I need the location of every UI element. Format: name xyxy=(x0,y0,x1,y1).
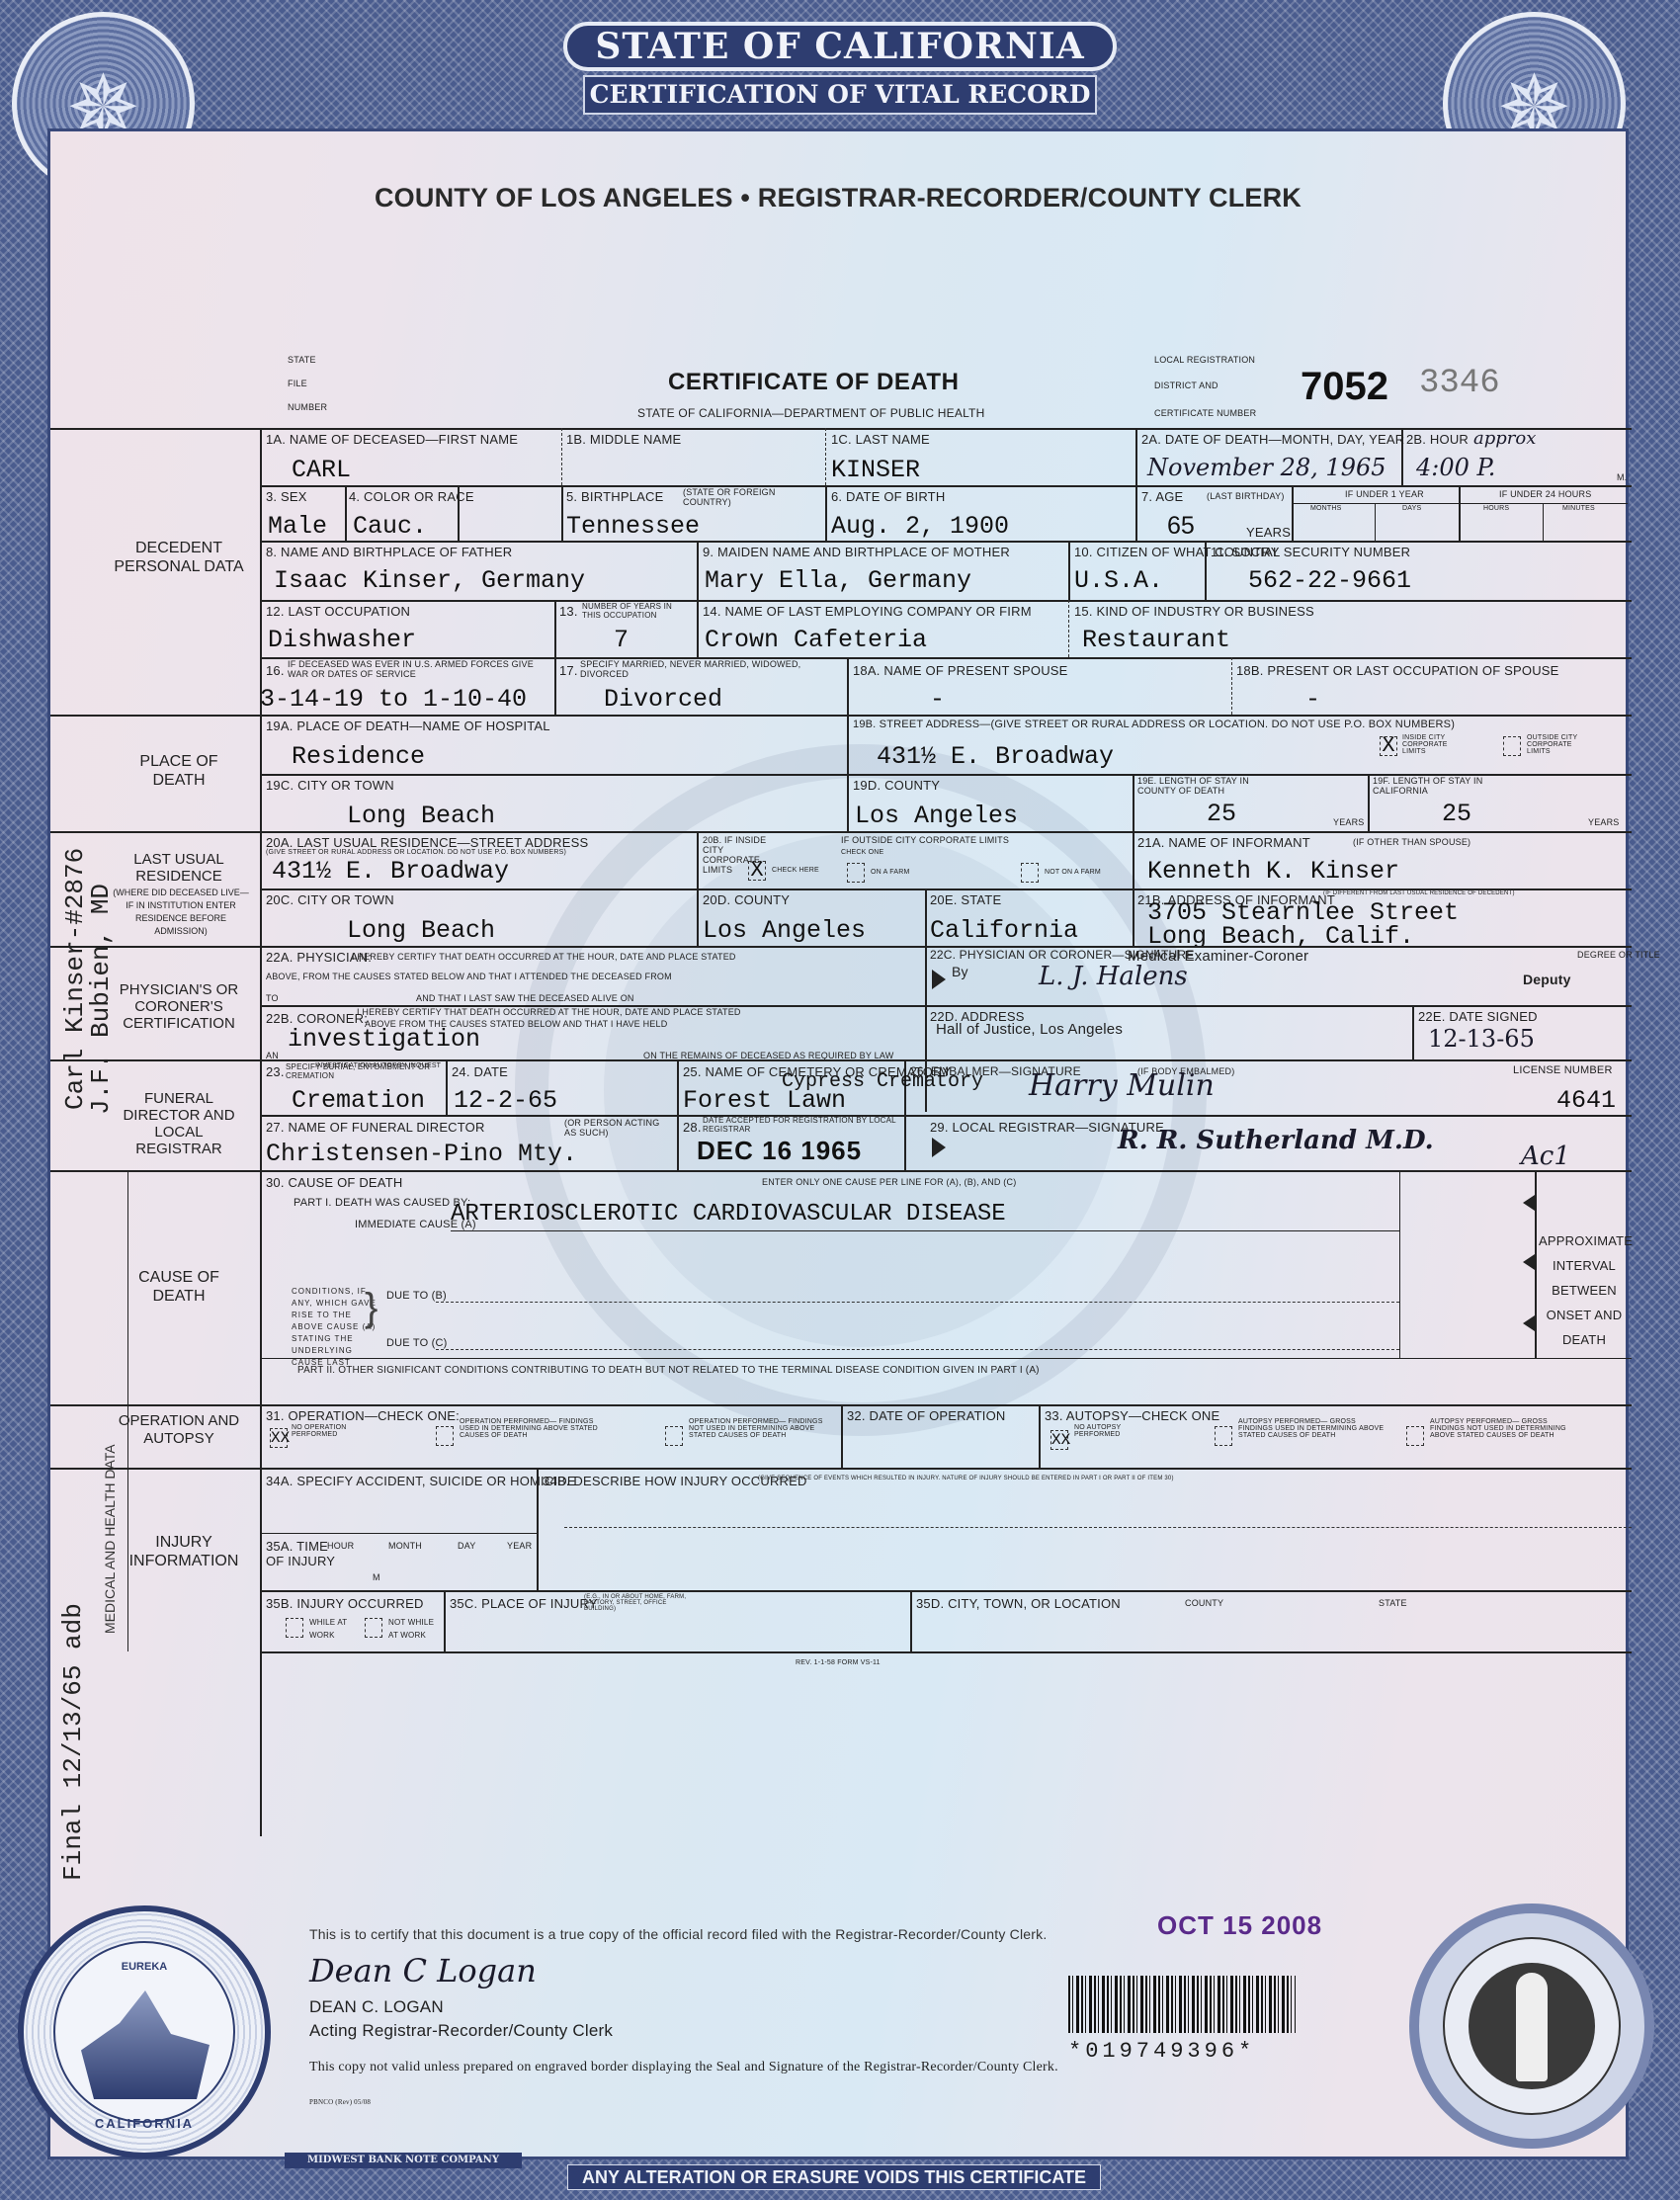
date-of-death-value: November 28, 1965 xyxy=(1147,454,1386,481)
field-label: 28. xyxy=(683,1120,702,1135)
not-while-at-work-checkbox[interactable] xyxy=(365,1618,382,1638)
arrow-marker-icon xyxy=(1523,1315,1535,1331)
certificate-number: 3346 xyxy=(1419,365,1500,402)
registrar-signature: R. R. Sutherland M.D. xyxy=(1118,1126,1434,1155)
outside-city-checkbox[interactable] xyxy=(1503,736,1521,756)
field-label: 7. AGE xyxy=(1141,489,1183,504)
while-at-work-checkbox[interactable] xyxy=(286,1618,303,1638)
field-label: 22b. CORONER: xyxy=(266,1011,368,1026)
years-unit: YEARS xyxy=(1333,817,1365,827)
place-of-death-value: Residence xyxy=(292,742,425,771)
field-label: 4. COLOR OR RACE xyxy=(349,489,474,504)
autopsy-findings-used-checkbox[interactable] xyxy=(1215,1426,1232,1446)
years-occupation-value: 7 xyxy=(614,626,629,654)
checkbox-label: WHILE AT WORK xyxy=(309,1616,359,1642)
state-file-label: NUMBER xyxy=(288,402,327,412)
stay-california-value: 25 xyxy=(1442,800,1471,828)
field-label: 6. DATE OF BIRTH xyxy=(831,489,945,504)
employer-value: Crown Cafeteria xyxy=(705,626,927,654)
field-label: 19a. PLACE OF DEATH—NAME OF HOSPITAL xyxy=(266,719,550,733)
crematory-value: Cypress Crematory xyxy=(782,1070,983,1093)
field-label: 30. CAUSE OF DEATH xyxy=(266,1175,402,1190)
father-value: Isaac Kinser, Germany xyxy=(274,566,585,595)
section-injury: INJURY INFORMATION xyxy=(120,1533,248,1570)
local-registration-label: CERTIFICATE NUMBER xyxy=(1154,408,1256,418)
hour-note: approx xyxy=(1473,428,1536,449)
residence-county-value: Los Angeles xyxy=(703,916,866,945)
death-certificate-form: STATE FILE NUMBER CERTIFICATE OF DEATH S… xyxy=(50,131,1632,2162)
industry-value: Restaurant xyxy=(1082,626,1230,654)
hour-value: 4:00 P. xyxy=(1416,454,1495,481)
field-label: 20d. COUNTY xyxy=(703,892,790,907)
months-label: MONTHS xyxy=(1310,505,1342,512)
seal-figure-icon xyxy=(1516,1973,1548,2081)
certification-banner: CERTIFICATION OF VITAL RECORD xyxy=(583,75,1097,115)
section-cause: CAUSE OF DEATH xyxy=(120,1268,238,1306)
local-registration-label: DISTRICT AND xyxy=(1154,381,1218,390)
not-on-farm-checkbox[interactable] xyxy=(1021,863,1039,883)
field-sublabel: M xyxy=(373,1572,380,1582)
occupation-value: Dishwasher xyxy=(268,626,416,654)
field-sublabel: (GIVE STREET OR RURAL ADDRESS OR LOCATIO… xyxy=(266,849,566,856)
certify-text: This is to certify that this document is… xyxy=(309,1926,1047,1942)
arrow-marker-icon xyxy=(932,970,946,989)
registrar-signature-footer: Dean C Logan xyxy=(309,1952,537,1989)
days-label: DAYS xyxy=(1402,505,1421,512)
checkbox-label: OUTSIDE CITY CORPORATE LIMITS xyxy=(1527,734,1586,755)
field-sublabel: MONTH xyxy=(388,1541,422,1551)
residence-city-value: Long Beach xyxy=(347,916,495,945)
age-value: 65 xyxy=(1167,512,1195,541)
spouse-value: - xyxy=(930,685,945,714)
no-autopsy-checkbox[interactable]: XX xyxy=(1050,1430,1068,1450)
field-text: ABOVE, FROM THE CAUSES STATED BELOW AND … xyxy=(266,972,672,981)
field-label: 20c. CITY OR TOWN xyxy=(266,892,394,907)
form-code: PBNCO (Rev) 05/08 xyxy=(309,2098,371,2106)
funeral-director-value: Christensen-Pino Mty. xyxy=(266,1140,577,1168)
field-text: PART II. OTHER SIGNIFICANT CONDITIONS CO… xyxy=(297,1365,1040,1376)
last-name-value: KINSER xyxy=(831,456,920,484)
coroner-signature: L. J. Halens xyxy=(1039,962,1188,991)
ssn-value: 562-22-9661 xyxy=(1248,566,1411,595)
field-sublabel: IF DECEASED WAS EVER IN U.S. ARMED FORCE… xyxy=(288,659,545,679)
field-sublabel: STATE xyxy=(1379,1598,1407,1608)
field-label: 18b. PRESENT OR LAST OCCUPATION OF SPOUS… xyxy=(1236,663,1559,678)
field-label: 22e. DATE SIGNED xyxy=(1418,1009,1538,1024)
field-label: 16. xyxy=(266,663,285,678)
field-label: 27. NAME OF FUNERAL DIRECTOR xyxy=(266,1120,485,1135)
section-last-residence: LAST USUAL RESIDENCE xyxy=(110,851,248,885)
field-label: 31. OPERATION—CHECK ONE: xyxy=(266,1408,460,1423)
field-sublabel: (STATE OR FOREIGN COUNTRY) xyxy=(683,487,801,507)
field-label: 11. SOCIAL SECURITY NUMBER xyxy=(1211,545,1410,559)
field-label: 1c. LAST NAME xyxy=(831,432,930,447)
barcode xyxy=(1068,1976,1296,2033)
field-text: By xyxy=(952,964,968,979)
field-sublabel: DATE ACCEPTED FOR REGISTRATION BY LOCAL … xyxy=(703,1116,900,1134)
field-sublabel: HOUR xyxy=(327,1541,354,1551)
state-file-label: STATE xyxy=(288,355,316,365)
arrow-marker-icon xyxy=(1523,1195,1535,1211)
field-label: 2b. HOUR xyxy=(1406,432,1469,447)
checkbox-label: NO OPERATION PERFORMED xyxy=(292,1424,351,1438)
certificate-title: CERTIFICATE OF DEATH xyxy=(668,369,959,396)
sex-value: Male xyxy=(268,512,327,541)
field-label: 20b. IF INSIDE CITY CORPORATE LIMITS xyxy=(703,835,782,875)
autopsy-findings-not-used-checkbox[interactable] xyxy=(1406,1426,1424,1446)
field-label: IF UNDER 1 YEAR xyxy=(1345,489,1424,499)
checkbox-label: CHECK HERE xyxy=(772,867,819,874)
field-sublabel: CHECK ONE xyxy=(841,849,883,856)
form-revision: REV. 1-1-58 FORM VS-11 xyxy=(796,1659,881,1666)
section-last-residence-note: (WHERE DID DECEASED LIVE—IF IN INSTITUTI… xyxy=(112,887,250,938)
county-registrar-seal xyxy=(1409,1904,1654,2149)
field-sublabel: (LAST BIRTHDAY) xyxy=(1207,491,1285,501)
signer-title: Acting Registrar-Recorder/County Clerk xyxy=(309,2021,613,2041)
field-sublabel: (IF DIFFERENT FROM LAST USUAL RESIDENCE … xyxy=(1323,890,1515,896)
date-of-birth-value: Aug. 2, 1900 xyxy=(831,512,1009,541)
checkbox-label: AUTOPSY PERFORMED— GROSS FINDINGS NOT US… xyxy=(1430,1418,1578,1439)
license-number-value: 4641 xyxy=(1556,1086,1616,1115)
field-text: I HEREBY CERTIFY THAT DEATH OCCURRED AT … xyxy=(352,952,736,962)
embalmer-signature: Harry Mulin xyxy=(1029,1068,1215,1103)
field-label: 14. NAME OF LAST EMPLOYING COMPANY OR FI… xyxy=(703,604,1032,619)
checkbox-label: ON A FARM xyxy=(871,869,910,876)
field-label: 32. DATE OF OPERATION xyxy=(847,1408,1005,1423)
armed-forces-value: 3-14-19 to 1-10-40 xyxy=(260,685,527,714)
death-city-value: Long Beach xyxy=(347,802,495,830)
field-text: TO xyxy=(266,993,279,1003)
field-label: LICENSE NUMBER xyxy=(1513,1064,1613,1076)
field-label: 33. AUTOPSY—CHECK ONE xyxy=(1045,1408,1219,1423)
field-label: 17. xyxy=(559,663,578,678)
no-operation-checkbox[interactable]: XX xyxy=(270,1428,288,1448)
margin-note-final: Final 12/13/65 adb xyxy=(58,1603,88,1881)
date-signed-value: 12-13-65 xyxy=(1428,1025,1535,1053)
minutes-label: MINUTES xyxy=(1562,505,1595,512)
stay-county-value: 25 xyxy=(1207,800,1236,828)
checkbox-label: NOT WHILE AT WORK xyxy=(388,1616,444,1642)
field-text: I HEREBY CERTIFY THAT DEATH OCCURRED AT … xyxy=(357,1007,741,1017)
registrar-initials: Ac1 xyxy=(1521,1142,1570,1171)
first-name-value: CARL xyxy=(292,456,351,484)
arrow-marker-icon xyxy=(932,1138,946,1157)
field-label: 5. BIRTHPLACE xyxy=(566,489,663,504)
birthplace-value: Tennessee xyxy=(566,512,700,541)
field-label: 21a. NAME OF INFORMANT xyxy=(1137,835,1310,850)
hours-label: HOURS xyxy=(1483,505,1509,512)
checkbox-label: NO AUTOPSY PERFORMED xyxy=(1074,1424,1134,1438)
field-sublabel: DAY xyxy=(458,1541,475,1551)
death-address-value: 431½ E. Broadway xyxy=(877,742,1114,771)
checkbox-label: OPERATION PERFORMED— FINDINGS USED IN DE… xyxy=(460,1418,608,1439)
informant-value: Kenneth K. Kinser xyxy=(1147,857,1399,886)
residence-address-value: 431½ E. Broadway xyxy=(272,857,509,886)
field-label: 9. MAIDEN NAME AND BIRTHPLACE OF MOTHER xyxy=(703,545,1010,559)
disposition-date-value: 12-2-65 xyxy=(454,1086,557,1115)
certificate-paper: COUNTY OF LOS ANGELES • REGISTRAR-RECORD… xyxy=(47,128,1629,2159)
field-sublabel: SPECIFY BURIAL, ENTOMBMENT OR CREMATION xyxy=(286,1062,434,1080)
district-number: 7052 xyxy=(1301,365,1388,409)
section-funeral: FUNERAL DIRECTOR AND LOCAL REGISTRAR xyxy=(115,1090,243,1157)
checkbox-label: OPERATION PERFORMED— FINDINGS NOT USED I… xyxy=(689,1418,837,1439)
interval-label: APPROXIMATE INTERVAL BETWEEN ONSET AND D… xyxy=(1539,1228,1630,1352)
date-stamp: OCT 15 2008 xyxy=(1157,1910,1322,1941)
bank-note-label: MIDWEST BANK NOTE COMPANY xyxy=(285,2153,522,2168)
spouse-occupation-value: - xyxy=(1305,685,1320,714)
margin-note-physician: J.F. Bubien, MD xyxy=(86,884,116,1115)
on-farm-checkbox[interactable] xyxy=(847,863,865,883)
field-label: 23. xyxy=(266,1064,285,1079)
age-unit: YEARS xyxy=(1246,525,1291,540)
field-label: 19c. CITY OR TOWN xyxy=(266,778,394,793)
field-label: 19e. LENGTH OF STAY IN COUNTY OF DEATH xyxy=(1137,776,1286,796)
arrow-marker-icon xyxy=(1523,1254,1535,1270)
section-decedent: DECEDENT PERSONAL DATA xyxy=(110,539,248,576)
certificate-subtitle: STATE OF CALIFORNIA—DEPARTMENT OF PUBLIC… xyxy=(637,406,984,420)
section-certification: PHYSICIAN'S OR CORONER'S CERTIFICATION xyxy=(110,981,248,1032)
local-registration-label: LOCAL REGISTRATION xyxy=(1154,355,1255,365)
coroner-address-value: Hall of Justice, Los Angeles xyxy=(936,1021,1123,1038)
coroner-action-value: investigation xyxy=(288,1025,480,1054)
field-sublabel: YEAR xyxy=(507,1541,532,1551)
field-label: 12. LAST OCCUPATION xyxy=(266,604,410,619)
field-label: 19d. COUNTY xyxy=(853,778,940,793)
checkbox-label: INSIDE CITY CORPORATE LIMITS xyxy=(1402,734,1462,755)
field-sublabel: (OR PERSON ACTING AS SUCH) xyxy=(564,1118,673,1138)
field-label: 20a. LAST USUAL RESIDENCE—STREET ADDRESS xyxy=(266,835,588,850)
field-label: 8. NAME AND BIRTHPLACE OF FATHER xyxy=(266,545,512,559)
field-sublabel: COUNTY xyxy=(1185,1598,1223,1608)
field-label: 35d. CITY, TOWN, OR LOCATION xyxy=(916,1596,1121,1611)
field-text: PART I. DEATH WAS CAUSED BY: xyxy=(294,1197,470,1209)
field-label: 1a. NAME OF DECEASED—FIRST NAME xyxy=(266,432,518,447)
field-label: 15. KIND OF INDUSTRY OR BUSINESS xyxy=(1074,604,1314,619)
barcode-number: *019749396* xyxy=(1068,2039,1255,2064)
operation-findings-not-used-checkbox[interactable] xyxy=(665,1426,683,1446)
field-text: DUE TO (C) xyxy=(386,1337,448,1349)
field-label: 35c. PLACE OF INJURY xyxy=(450,1596,598,1611)
field-label: 2a. DATE OF DEATH—MONTH, DAY, YEAR xyxy=(1141,432,1404,447)
field-label: 19f. LENGTH OF STAY IN CALIFORNIA xyxy=(1373,776,1521,796)
alteration-warning-banner: ANY ALTERATION OR ERASURE VOIDS THIS CER… xyxy=(567,2164,1101,2190)
date-accepted-value: DEC 16 1965 xyxy=(697,1136,862,1166)
california-state-seal: EUREKA CALIFORNIA xyxy=(18,1905,271,2158)
field-label: 19b. STREET ADDRESS—(GIVE STREET OR RURA… xyxy=(853,719,1455,730)
inside-city-checkbox[interactable]: X xyxy=(748,861,766,881)
residence-state-value: California xyxy=(930,916,1078,945)
operation-findings-used-checkbox[interactable] xyxy=(436,1426,454,1446)
signer-name: DEAN C. LOGAN xyxy=(309,1997,444,2017)
field-sublabel: (GIVE SEQUENCE OF EVENTS WHICH RESULTED … xyxy=(758,1476,1174,1481)
field-label: 35b. INJURY OCCURRED xyxy=(266,1596,424,1611)
cause-a-value: ARTERIOSCLEROTIC CARDIOVASCULAR DISEASE xyxy=(451,1201,1006,1227)
race-value: Cauc. xyxy=(353,512,427,541)
field-label: 3. SEX xyxy=(266,489,307,504)
death-county-value: Los Angeles xyxy=(855,802,1018,830)
years-unit: YEARS xyxy=(1588,817,1620,827)
validity-note: This copy not valid unless prepared on e… xyxy=(309,2059,1100,2076)
field-label: 24. DATE xyxy=(452,1064,508,1079)
field-label: 20e. STATE xyxy=(930,892,1001,907)
checkbox-label: AUTOPSY PERFORMED— GROSS FINDINGS USED I… xyxy=(1238,1418,1386,1439)
field-label: DEGREE OR TITLE xyxy=(1577,950,1660,960)
field-text: ENTER ONLY ONE CAUSE PER LINE FOR (A), (… xyxy=(762,1177,1016,1187)
field-label: 18a. NAME OF PRESENT SPOUSE xyxy=(853,663,1068,678)
medical-health-strip: MEDICAL AND HEALTH DATA xyxy=(102,1444,118,1634)
section-place-of-death: PLACE OF DEATH xyxy=(115,752,243,790)
degree-value: Deputy xyxy=(1523,972,1571,987)
marital-status-value: Divorced xyxy=(604,685,722,714)
field-text: DUE TO (B) xyxy=(386,1290,447,1302)
section-operation: OPERATION AND AUTOPSY xyxy=(115,1412,243,1448)
field-sublabel: (E.G., IN OR ABOUT HOME, FARM, FACTORY, … xyxy=(584,1594,693,1612)
field-label: 1b. MIDDLE NAME xyxy=(566,432,681,447)
inside-city-checkbox[interactable]: X xyxy=(1380,736,1397,756)
field-label: IF UNDER 24 HOURS xyxy=(1499,489,1591,499)
mother-value: Mary Ella, Germany xyxy=(705,566,971,595)
hour-suffix: M. xyxy=(1617,472,1627,482)
state-file-label: FILE xyxy=(288,379,307,388)
field-label: IF OUTSIDE CITY CORPORATE LIMITS xyxy=(841,835,1009,845)
state-seal-motto: EUREKA xyxy=(24,1961,265,1973)
field-label: 13. xyxy=(559,604,578,619)
field-sublabel: (IF OTHER THAN SPOUSE) xyxy=(1353,837,1470,847)
disposition-value: Cremation xyxy=(292,1086,425,1115)
citizenship-value: U.S.A. xyxy=(1074,566,1163,595)
checkbox-label: NOT ON A FARM xyxy=(1045,869,1101,876)
field-label: 34a. SPECIFY ACCIDENT, SUICIDE OR HOMICI… xyxy=(266,1474,576,1488)
field-sublabel: NUMBER OF YEARS IN THIS OCCUPATION xyxy=(582,602,691,620)
field-text: AND THAT I LAST SAW THE DECEASED ALIVE O… xyxy=(416,993,634,1003)
state-title-banner: STATE OF CALIFORNIA xyxy=(563,22,1117,71)
field-sublabel: SPECIFY MARRIED, NEVER MARRIED, WIDOWED,… xyxy=(580,659,827,679)
